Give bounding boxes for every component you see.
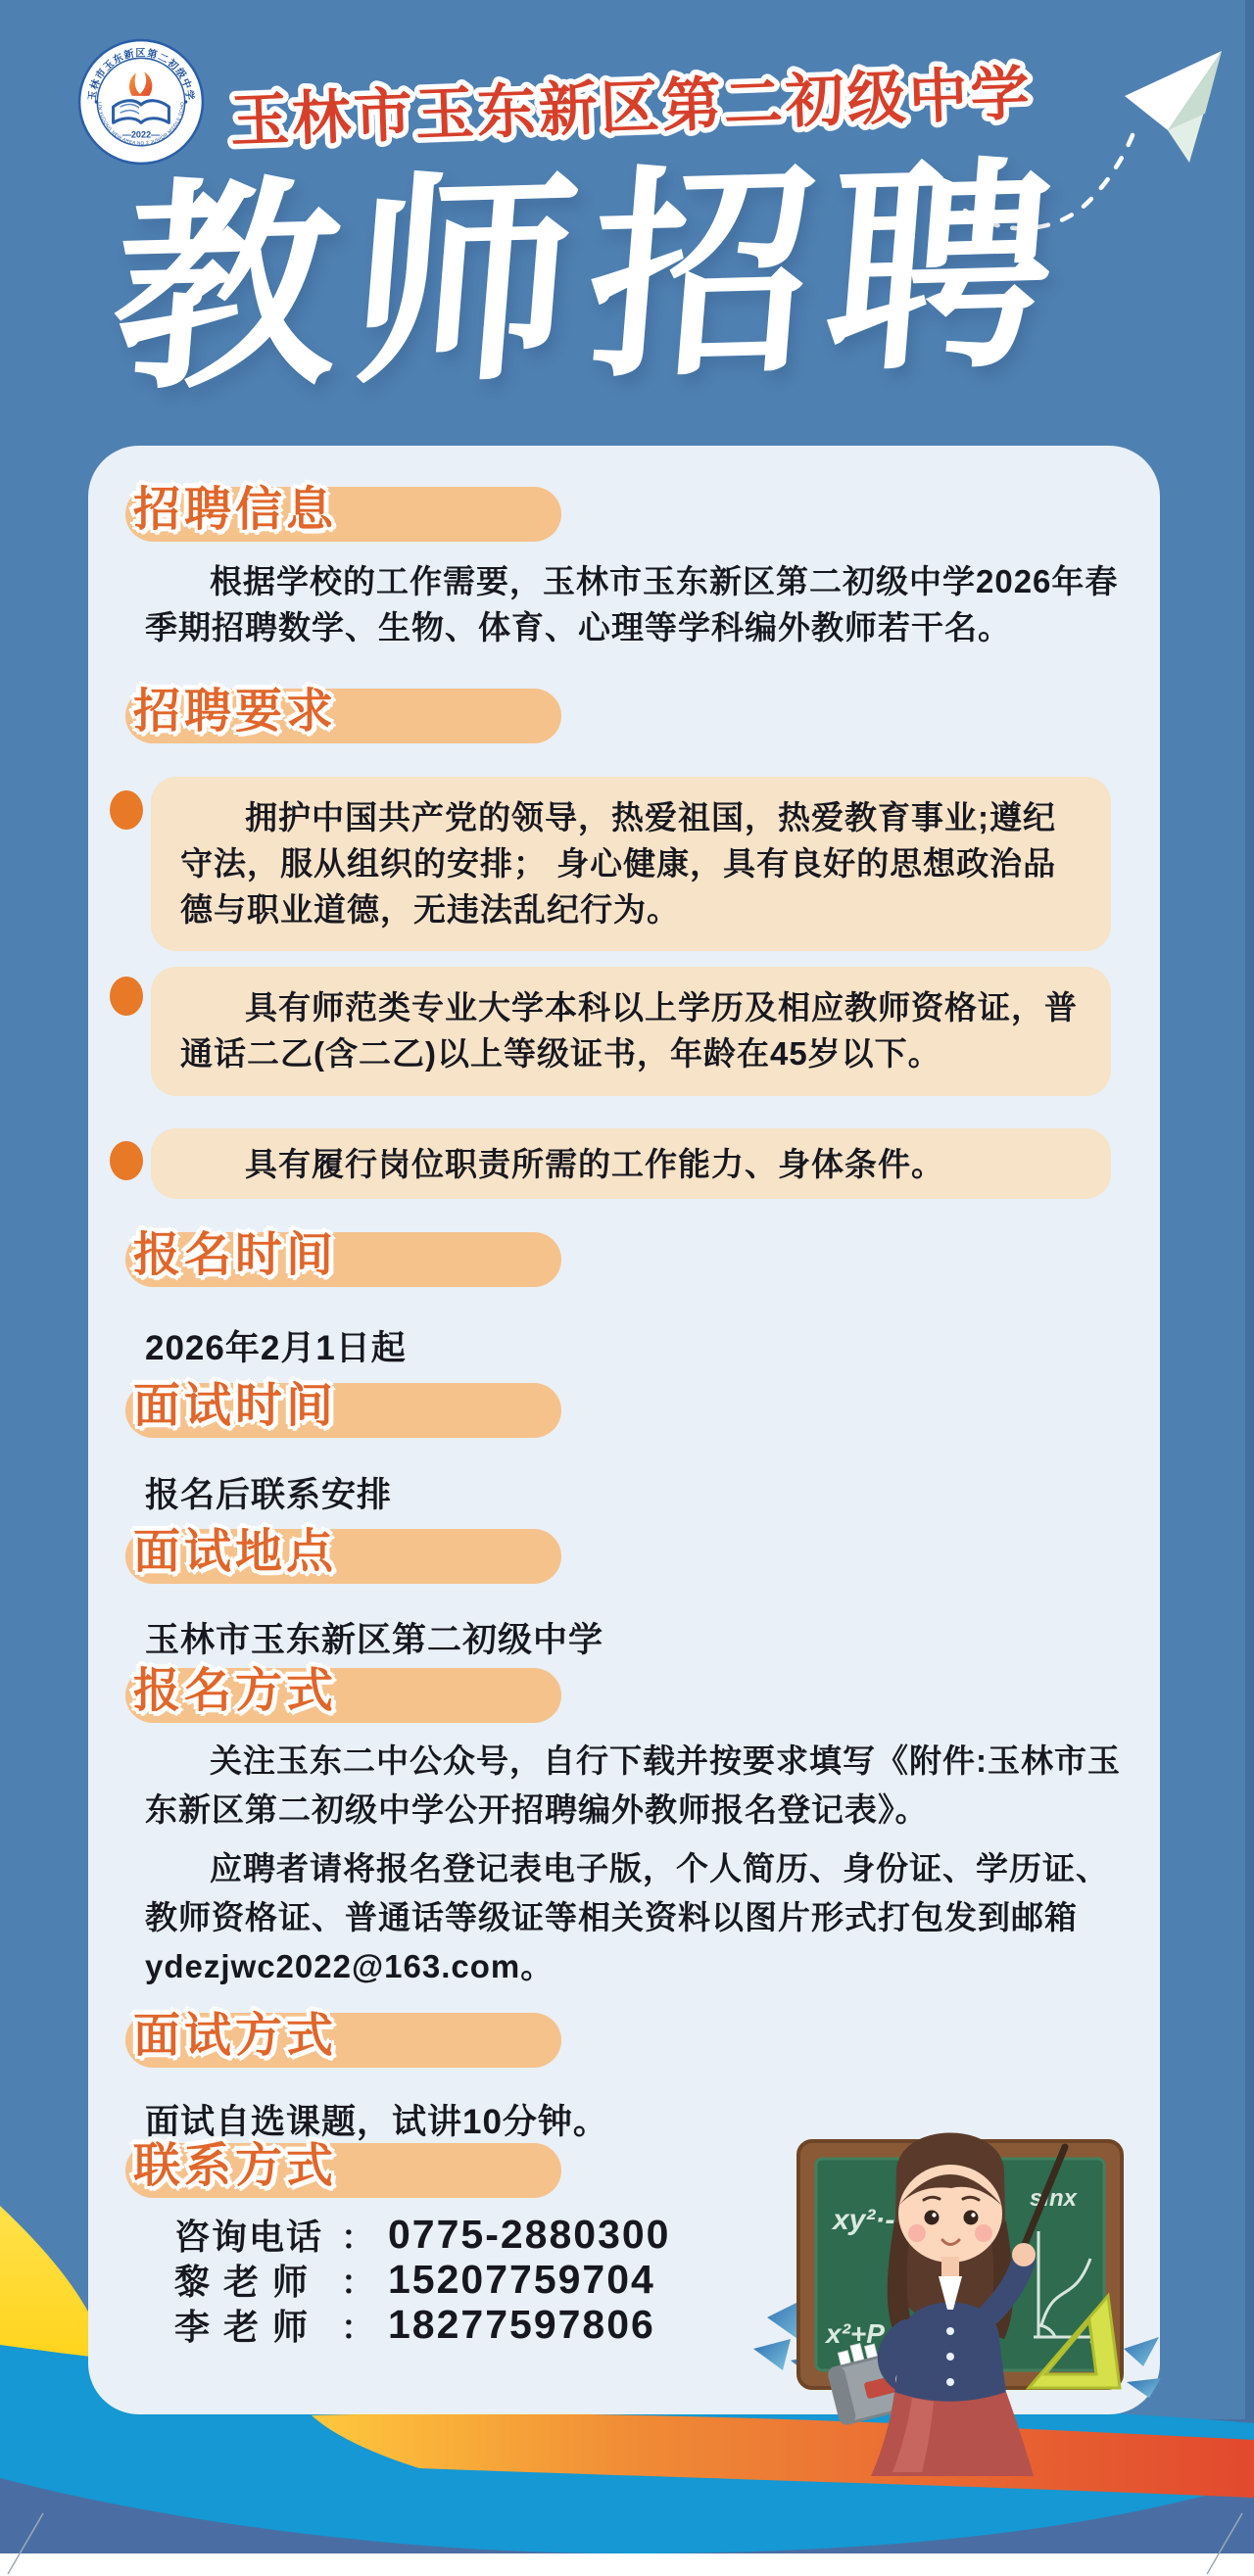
contact-row-li1: 黎 老 师 ： 15207759704 (174, 2257, 655, 2302)
recruitment-poster: 玉林市玉东新区第二初级中学 YULIN YUDONG NEW AREA NO.2… (0, 0, 1254, 2576)
section-title-interview-place: 面试地点 (133, 1513, 337, 1581)
logo-side-dot-right (184, 100, 187, 103)
chalk-formula-2: x²+P (824, 2318, 885, 2349)
logo-year: —2022— (122, 130, 161, 140)
poster-main-title: 教师招聘 (104, 141, 1165, 423)
section-title-interview-time: 面试时间 (133, 1367, 337, 1435)
section-header-interview-method: 面试方式 (125, 2013, 561, 2068)
info-paragraph: 根据学校的工作需要，玉林市玉东新区第二初级中学2026年春季期招聘数学、生物、体… (145, 558, 1130, 650)
requirement-text-3: 具有履行岗位职责所需的工作能力、身体条件。 (180, 1141, 1082, 1187)
contact-colon: ： (341, 2301, 374, 2349)
section-header-requirements: 招聘要求 (125, 689, 561, 743)
section-header-signup-time: 报名时间 (125, 1232, 561, 1287)
requirement-item: 具有履行岗位职责所需的工作能力、身体条件。 (151, 1128, 1111, 1199)
bullet-dot (110, 977, 143, 1016)
section-title-signup-time: 报名时间 (133, 1216, 337, 1284)
section-header-contact: 联系方式 (125, 2143, 561, 2198)
section-header-signup-method: 报名方式 (125, 1668, 561, 1723)
section-title-signup-method: 报名方式 (133, 1652, 337, 1720)
contact-row-li2: 李 老 师 ： 18277597806 (174, 2302, 655, 2347)
teacher-illustration: xy²·- x²+P sinx (740, 2104, 1171, 2481)
contact-label: 咨询电话 (174, 2210, 341, 2260)
contact-number: 15207759704 (388, 2257, 655, 2303)
logo-side-dot-left (95, 100, 98, 103)
signup-method-paragraph-1: 关注玉东二中公众号，自行下载并按要求填写《附件:玉林市玉东新区第二初级中学公开招… (145, 1737, 1130, 1835)
section-title-contact: 联系方式 (133, 2127, 337, 2195)
section-title-requirements: 招聘要求 (133, 673, 337, 740)
contact-label: 李 老 师 (174, 2300, 341, 2350)
section-title-info: 招聘信息 (133, 471, 337, 539)
teacher-skirt (871, 2392, 1034, 2476)
contact-colon: ： (341, 2211, 374, 2259)
bottom-white-strip (0, 2553, 1254, 2576)
sparkle-icon (1124, 2337, 1161, 2398)
section-header-interview-time: 面试时间 (125, 1383, 561, 1438)
bullet-dot (110, 1141, 143, 1180)
section-header-interview-place: 面试地点 (125, 1529, 561, 1584)
contact-number: 18277597806 (388, 2302, 655, 2348)
bullet-dot (110, 790, 143, 830)
contact-row-phone: 咨询电话 ： 0775-2880300 (174, 2212, 670, 2257)
school-name-text: 玉林市玉东新区第二初级中学 (229, 61, 1034, 155)
section-title-interview-method: 面试方式 (133, 1997, 337, 2065)
requirement-item: 具有师范类专业大学本科以上学历及相应教师资格证，普通话二乙(含二乙)以上等级证书… (151, 967, 1111, 1096)
contact-label: 黎 老 师 (174, 2255, 341, 2305)
signup-method-paragraph-2: 应聘者请将报名登记表电子版，个人简历、身份证、学历证、教师资格证、普通话等级证等… (145, 1844, 1130, 1991)
signup-time-text: 2026年2月1日起 (145, 1325, 1130, 1371)
section-header-info: 招聘信息 (125, 487, 561, 542)
requirement-text-1: 拥护中国共产党的领导，热爱祖国，热爱教育事业;遵纪守法，服从组织的安排； 身心健… (180, 794, 1082, 932)
interview-time-text: 报名后联系安排 (145, 1472, 1130, 1518)
chalk-formula-1: xy²·- (831, 2204, 894, 2236)
requirement-text-2: 具有师范类专业大学本科以上学历及相应教师资格证，普通话二乙(含二乙)以上等级证书… (180, 984, 1082, 1076)
contact-colon: ： (341, 2256, 374, 2304)
requirement-item: 拥护中国共产党的领导，热爱祖国，热爱教育事业;遵纪守法，服从组织的安排； 身心健… (151, 777, 1111, 951)
school-logo-badge: 玉林市玉东新区第二初级中学 YULIN YUDONG NEW AREA NO.2… (76, 37, 206, 167)
contact-number: 0775-2880300 (388, 2212, 670, 2258)
